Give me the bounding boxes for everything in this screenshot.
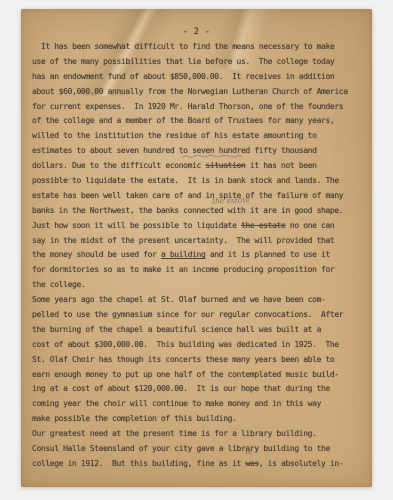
page-number: - 2 - bbox=[21, 27, 372, 37]
typed-text: It has been somewhat difficult to find t… bbox=[32, 40, 368, 472]
pencil-note-is: is bbox=[245, 448, 252, 456]
typed-line: for dormitories so as to make it an inco… bbox=[32, 263, 368, 278]
typed-line: for current expenses. In 1920 Mr. Harald… bbox=[32, 100, 368, 115]
typed-line: has an endowment fund of about $850,000.… bbox=[32, 70, 368, 85]
typed-line: make possible the completion of this bui… bbox=[32, 412, 368, 427]
typed-line: willed to the institution the residue of… bbox=[32, 129, 368, 144]
typed-line: Some years ago the chapel at St. Olaf bu… bbox=[32, 293, 368, 308]
typewritten-page: - 2 - It has been somewhat difficult to … bbox=[21, 9, 372, 487]
typed-line: St. Olaf Choir has though its concerts t… bbox=[32, 353, 368, 368]
typed-line: Consul Halle Steensland of your city gav… bbox=[32, 442, 368, 457]
photo-background: - 2 - It has been somewhat difficult to … bbox=[0, 0, 393, 500]
typed-line: estate has been well taken care of and i… bbox=[32, 189, 368, 204]
typed-line: dollars. Due to the difficult economic s… bbox=[32, 159, 368, 174]
typed-line: about $60,000.00 annually from the Norwe… bbox=[32, 85, 368, 100]
typed-line: It has been somewhat difficult to find t… bbox=[32, 40, 368, 55]
typed-line: estimates to about seven hundred to seve… bbox=[32, 144, 368, 159]
typed-line: Just how soon it will be possible to liq… bbox=[32, 219, 368, 234]
typed-line: pelled to use the gymnasium since for ou… bbox=[32, 308, 368, 323]
typed-line: earn enough money to put up one half of … bbox=[32, 368, 368, 383]
typed-line: college in 1912. But this building, fine… bbox=[32, 457, 368, 472]
typed-line: of the college and a member of the Board… bbox=[32, 114, 368, 129]
typed-line: the money should be used for a building … bbox=[32, 248, 368, 263]
typed-line: ing at a cost of about $120,000.00. It i… bbox=[32, 382, 368, 397]
pencil-note-the-estate: the estate bbox=[212, 196, 250, 205]
typed-line: use of the many possibilities that lie b… bbox=[32, 55, 368, 70]
typed-line: say in the midst of the present uncertai… bbox=[32, 234, 368, 249]
typed-line: the burning of the chapel a beautiful sc… bbox=[32, 323, 368, 338]
typed-line: coming year the choir will continue to m… bbox=[32, 397, 368, 412]
typed-line: banks in the Northwest, the banks connec… bbox=[32, 204, 368, 219]
typed-line: Our greatest need at the present time is… bbox=[32, 427, 368, 442]
typed-line: the college. bbox=[32, 278, 368, 293]
typed-line: possible to liquidate the estate. It is … bbox=[32, 174, 368, 189]
typed-line: cost of about $300,000.00. This building… bbox=[32, 338, 368, 353]
